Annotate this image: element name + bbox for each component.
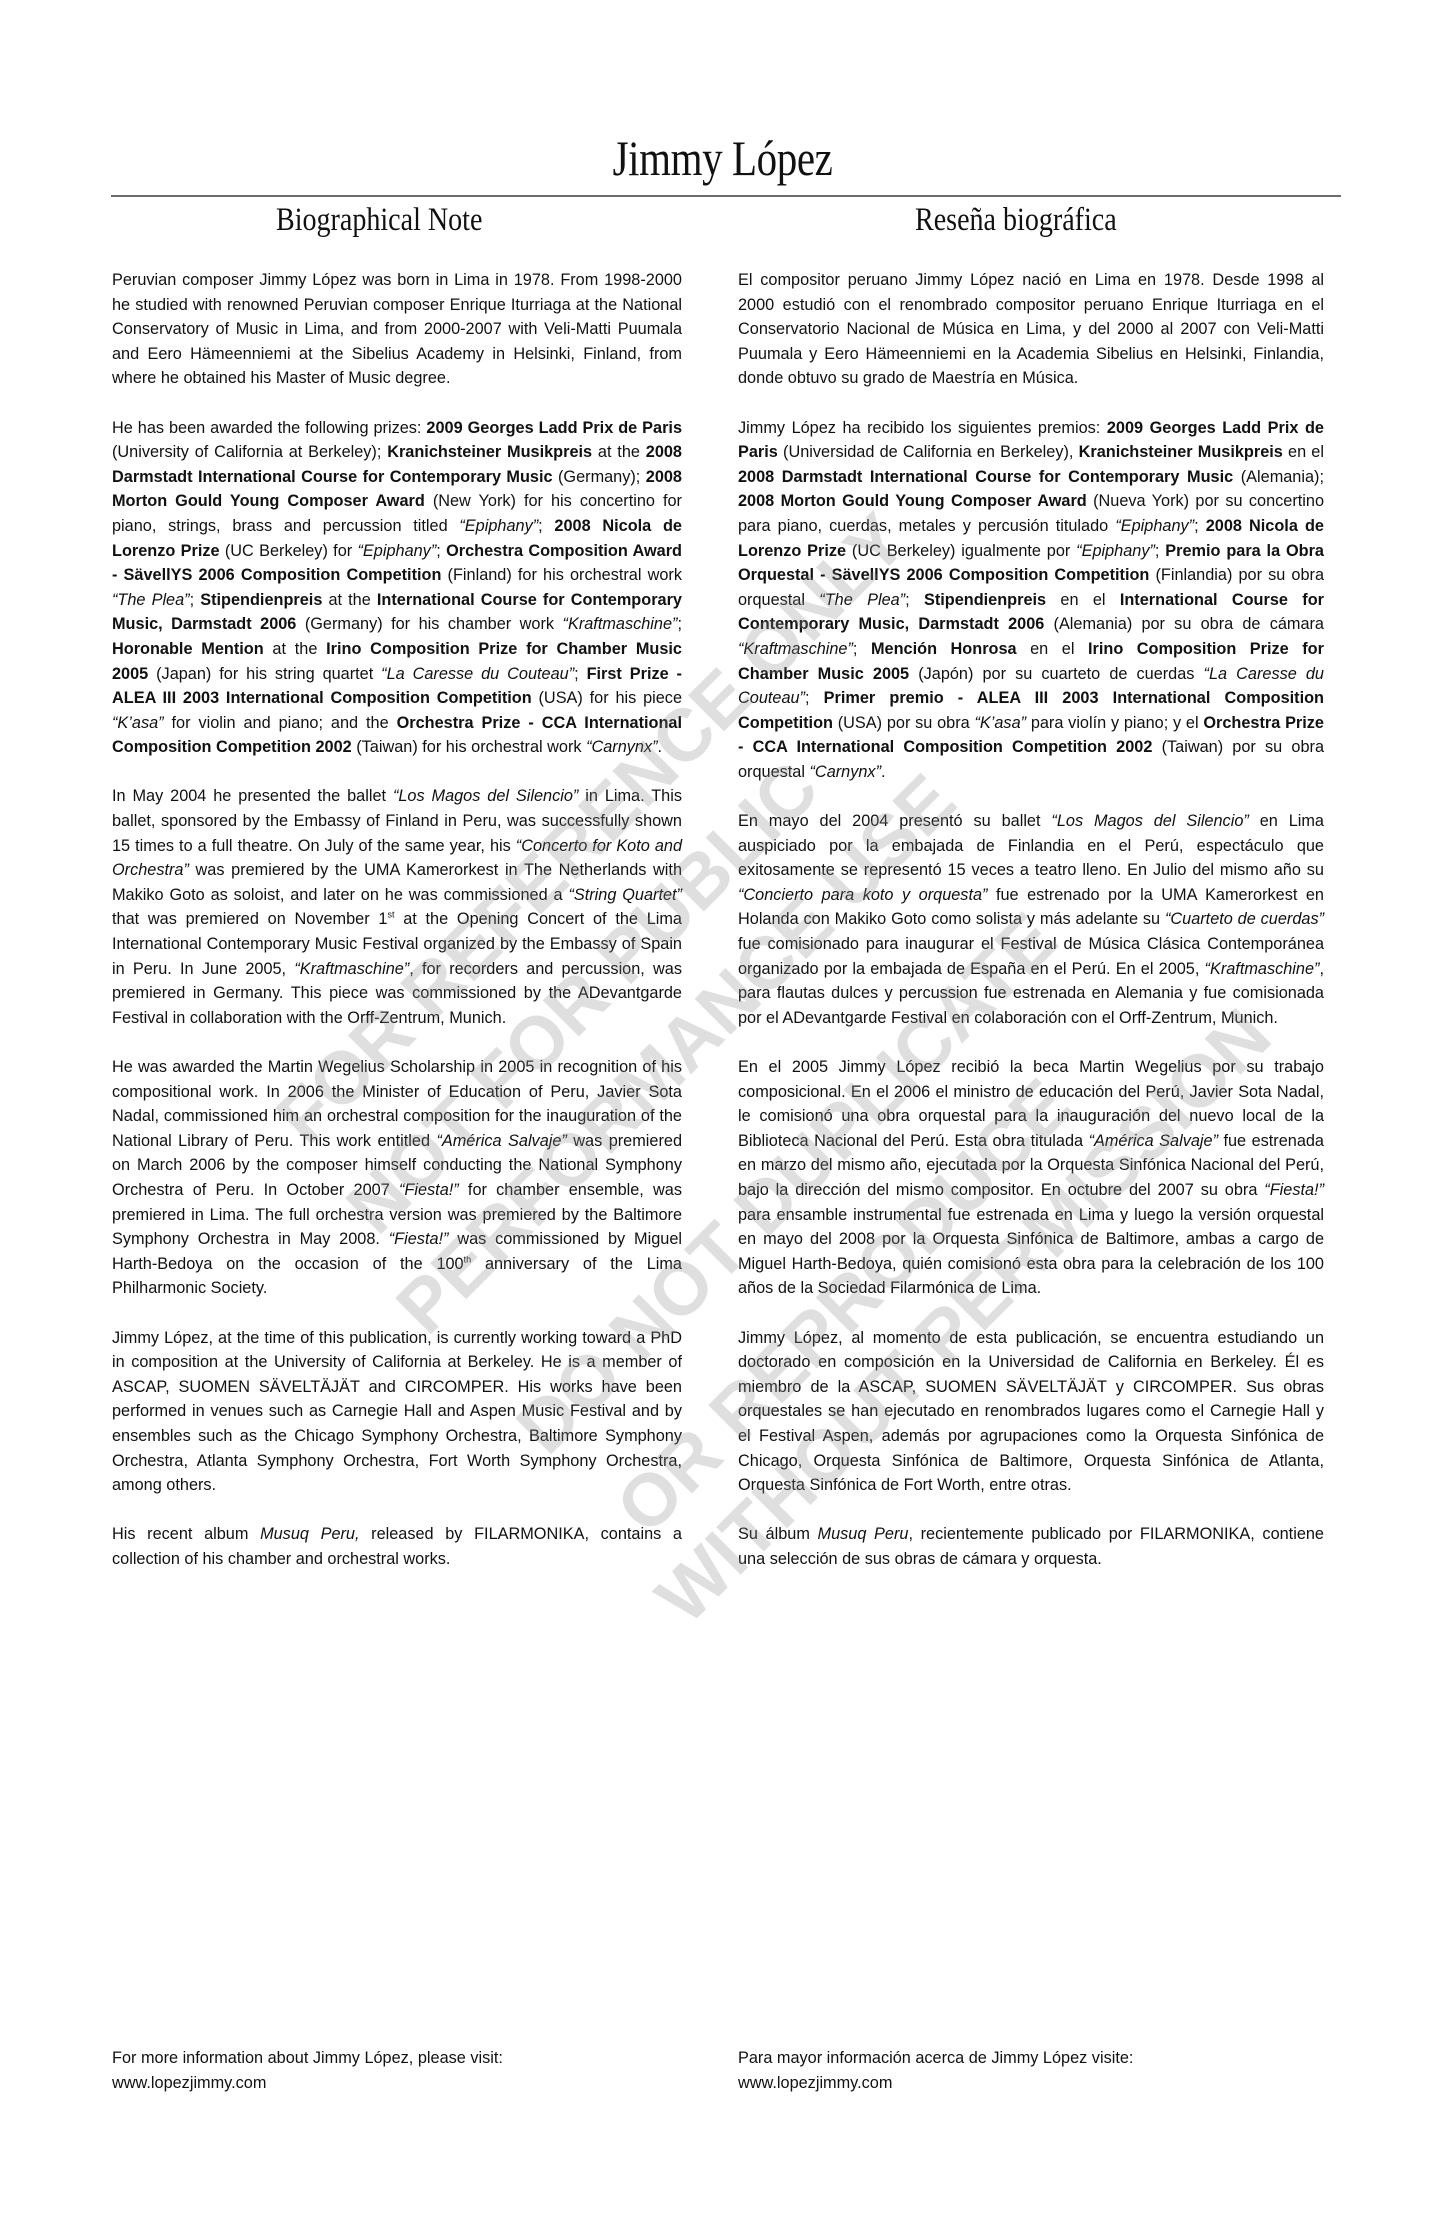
biography-paragraph: El compositor peruano Jimmy López nació … — [738, 268, 1324, 391]
spanish-footer-text: Para mayor información acerca de Jimmy L… — [738, 2046, 1133, 2071]
biography-paragraph: His recent album Musuq Peru, released by… — [112, 1522, 682, 1571]
biography-paragraph: He was awarded the Martin Wegelius Schol… — [112, 1055, 682, 1301]
english-website-link[interactable]: www.lopezjimmy.com — [112, 2074, 266, 2092]
spanish-website-link[interactable]: www.lopezjimmy.com — [738, 2074, 892, 2092]
biography-paragraph: Jimmy López ha recibido los siguientes p… — [738, 416, 1324, 785]
document-page: Jimmy López Biographical Note Reseña bio… — [0, 0, 1445, 2233]
english-biography-column: Peruvian composer Jimmy López was born i… — [112, 268, 682, 1596]
header-rule — [111, 195, 1341, 197]
spanish-biography-column: El compositor peruano Jimmy López nació … — [738, 268, 1324, 1596]
english-footer-text: For more information about Jimmy López, … — [112, 2046, 503, 2071]
english-footer: For more information about Jimmy López, … — [112, 2046, 503, 2095]
spanish-footer: Para mayor información acerca de Jimmy L… — [738, 2046, 1133, 2095]
english-section-heading: Biographical Note — [276, 198, 482, 242]
page-title: Jimmy López — [130, 128, 1315, 188]
biography-paragraph: Su álbum Musuq Peru, recientemente publi… — [738, 1522, 1324, 1571]
biography-paragraph: Jimmy López, at the time of this publica… — [112, 1326, 682, 1498]
biography-paragraph: Peruvian composer Jimmy López was born i… — [112, 268, 682, 391]
biography-paragraph: In May 2004 he presented the ballet “Los… — [112, 784, 682, 1030]
biography-paragraph: Jimmy López, al momento de esta publicac… — [738, 1326, 1324, 1498]
spanish-section-heading: Reseña biográfica — [915, 198, 1117, 242]
biography-paragraph: En mayo del 2004 presentó su ballet “Los… — [738, 809, 1324, 1030]
biography-paragraph: He has been awarded the following prizes… — [112, 416, 682, 760]
biography-paragraph: En el 2005 Jimmy López recibió la beca M… — [738, 1055, 1324, 1301]
